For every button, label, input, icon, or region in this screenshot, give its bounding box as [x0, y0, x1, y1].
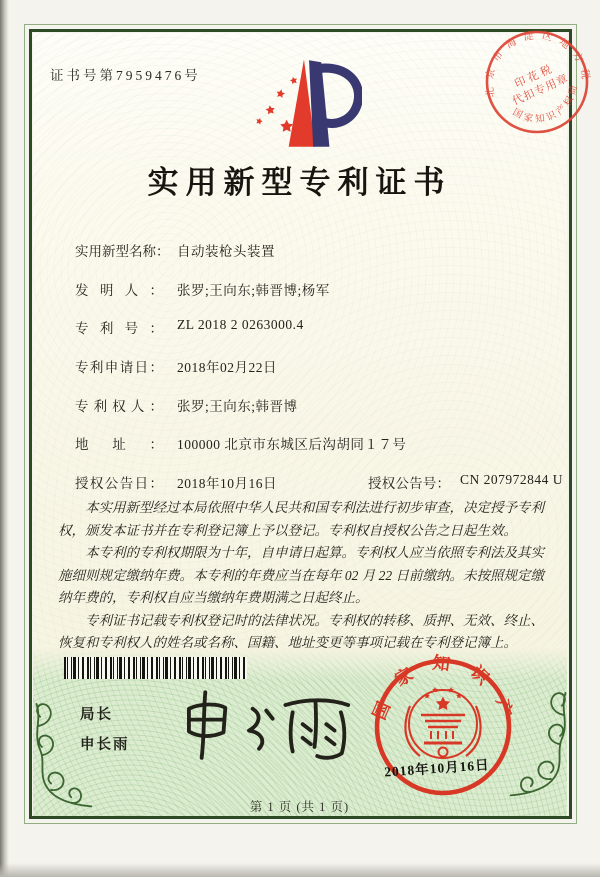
national-emblem [405, 687, 480, 758]
legal-text: 本实用新型经过本局依照中华人民共和国专利法进行初步审查，决定授予专利权，颁发本证… [58, 497, 544, 655]
paragraph-term-fees: 本专利的专利权期限为十年，自申请日起算。专利权人应当依照专利法及其实施细则规定缴… [58, 542, 544, 610]
signature-shen-changyu [178, 683, 360, 769]
field-label: 地址： [75, 433, 163, 453]
patent-certificate-page: 证书号第7959476号 北京市海淀区地方税务局 印花税 代扣专用章 国家知识产… [0, 0, 600, 877]
paragraph-grant: 本实用新型经过本局依照中华人民共和国专利法进行初步审查，决定授予专利权，颁发本证… [58, 497, 544, 542]
field-value: 张罗;王向东;韩晋博 [177, 395, 298, 415]
cnipa-logo-icon [250, 56, 362, 152]
field-row-patentee: 专利权人：张罗;王向东;韩晋博 [75, 395, 561, 434]
logo-stars [255, 76, 298, 132]
field-label: 授权公告日： [75, 472, 163, 492]
field-label: 实用新型名称： [75, 240, 163, 260]
certificate-title: 实用新型专利证书 [24, 157, 575, 202]
certificate-fields: 实用新型名称：自动装枪头装置 发明人：张罗;王向东;韩晋博;杨军 专利号：ZL … [75, 240, 561, 511]
grant-publication-number: 授权公告号：CN 207972844 U [368, 472, 563, 492]
corner-flourish-left-icon [31, 698, 95, 816]
photo-edge-bottom [0, 863, 600, 877]
field-row-name: 实用新型名称：自动装枪头装置 [75, 240, 561, 279]
paragraph-register: 专利证书记载专利权登记时的法律状况。专利权的转移、质押、无效、终止、恢复和专利权… [58, 610, 544, 655]
certificate-number: 证书号第7959476号 [50, 64, 201, 84]
field-value: ZL 2018 2 0263000.4 [177, 317, 304, 333]
field-row-patent-number: 专利号：ZL 2018 2 0263000.4 [75, 317, 561, 356]
field-row-filing-date: 专利申请日：2018年02月22日 [75, 356, 561, 395]
field-label: 专利权人： [75, 395, 163, 415]
field-value: 张罗;王向东;韩晋博;杨军 [177, 279, 330, 299]
field-label: 专利号： [75, 317, 163, 337]
barcode [64, 657, 247, 679]
issue-seal-org-text: 国家知识产权局 [368, 652, 518, 737]
field-label: 发明人： [75, 279, 163, 299]
field-value: 100000 北京市东城区后沟胡同１７号 [177, 433, 406, 453]
field-label: 授权公告号： [368, 472, 450, 492]
field-value: 2018年10月16日 [177, 472, 277, 492]
field-value: CN 207972844 U [460, 472, 563, 488]
field-row-address: 地址：100000 北京市东城区后沟胡同１７号 [75, 433, 561, 472]
field-row-inventors: 发明人：张罗;王向东;韩晋博;杨军 [75, 279, 561, 318]
field-value: 2018年02月22日 [177, 356, 277, 376]
field-label: 专利申请日： [75, 356, 163, 376]
field-value: 自动装枪头装置 [177, 240, 275, 260]
photo-edge-left [0, 0, 9, 877]
